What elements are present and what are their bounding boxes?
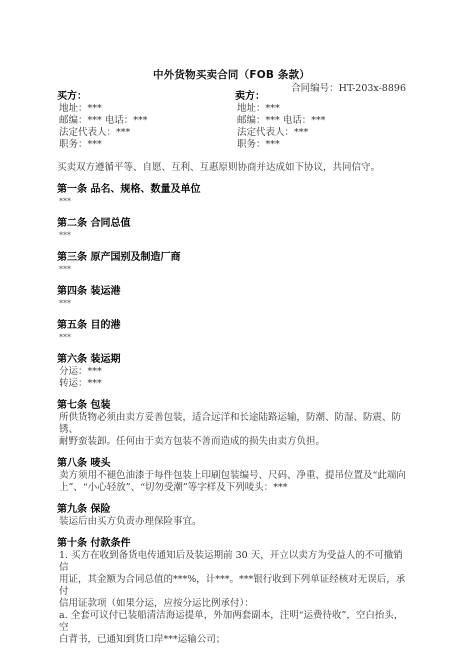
section-line: 白背书，已通知到货口岸***运输公司； <box>57 634 407 646</box>
section-line: *** <box>57 264 407 276</box>
section-heading: 第七条 包装 <box>57 399 407 412</box>
section-line: *** <box>57 332 407 344</box>
section-1: 第一条 品名、规格、数量及单位 *** <box>57 183 407 208</box>
buyer-legal-rep: 法定代表人：*** <box>57 127 237 139</box>
seller-postal-phone: 邮编：*** 电话：*** <box>235 115 415 127</box>
buyer-postal-phone: 邮编：*** 电话：*** <box>57 115 237 127</box>
seller-legal-rep: 法定代表人：*** <box>235 127 415 139</box>
section-heading: 第八条 唛头 <box>57 457 407 470</box>
section-2: 第二条 合同总值 *** <box>57 217 407 242</box>
section-heading: 第一条 品名、规格、数量及单位 <box>57 183 407 196</box>
section-10: 第十条 付款条件 1. 买方在收到备货电传通知后及装运期前 30 天，开立以卖方… <box>57 537 407 646</box>
buyer-address: 地址：*** <box>57 103 237 115</box>
buyer-heading: 买方： <box>57 91 237 103</box>
buyer-block: 买方： 地址：*** 邮编：*** 电话：*** 法定代表人：*** 职务：**… <box>57 91 237 151</box>
section-line: 上”、“小心轻放”、“切勿受潮”等字样及下列唛头：*** <box>57 482 407 494</box>
seller-position: 职务：*** <box>235 139 415 151</box>
preamble: 买卖双方遵循平等、自愿、互利、互惠原则协商并达成如下协议，共同信守。 <box>57 162 407 174</box>
section-heading: 第五条 目的港 <box>57 319 407 332</box>
section-line: *** <box>57 298 407 310</box>
section-7: 第七条 包装 所供货物必须由卖方妥善包装，适合远洋和长途陆路运输，防潮、防湿、防… <box>57 399 407 448</box>
section-heading: 第二条 合同总值 <box>57 217 407 230</box>
section-6: 第六条 装运期 分运：*** 转运：*** <box>57 353 407 390</box>
section-heading: 第九条 保险 <box>57 503 407 516</box>
section-line: 转运：*** <box>57 378 407 390</box>
section-heading: 第三条 原产国别及制造厂商 <box>57 251 407 264</box>
section-line: 分运：*** <box>57 366 407 378</box>
section-line: 1. 买方在收到备货电传通知后及装运期前 30 天，开立以卖方为受益人的不可撤销… <box>57 550 407 574</box>
section-heading: 第六条 装运期 <box>57 353 407 366</box>
section-heading: 第十条 付款条件 <box>57 537 407 550</box>
section-heading: 第四条 装运港 <box>57 285 407 298</box>
section-9: 第九条 保险 装运后由买方负责办理保险事宜。 <box>57 503 407 528</box>
section-line: 装运后由买方负责办理保险事宜。 <box>57 516 407 528</box>
section-line: *** <box>57 196 407 208</box>
contract-body: 买卖双方遵循平等、自愿、互利、互惠原则协商并达成如下协议，共同信守。 第一条 品… <box>57 162 407 655</box>
section-5: 第五条 目的港 *** <box>57 319 407 344</box>
seller-address: 地址：*** <box>235 103 415 115</box>
section-3: 第三条 原产国别及制造厂商 *** <box>57 251 407 276</box>
buyer-position: 职务：*** <box>57 139 237 151</box>
seller-block: 卖方： 地址：*** 邮编：*** 电话：*** 法定代表人：*** 职务：**… <box>235 91 415 151</box>
section-line: 卖方须用不褪色油漆于每件包装上印刷包装编号、尺码、净重、提吊位置及“此端向 <box>57 470 407 482</box>
section-line: 信用证款项（如果分运，应按分运比例承付）： <box>57 598 407 610</box>
section-line: *** <box>57 230 407 242</box>
section-line: 耐野蛮装卸。任何由于卖方包装不善而造成的损失由卖方负担。 <box>57 436 407 448</box>
section-line: 用证，其金额为合同总值的***%，计***。***银行收到下列单证经核对无误后，… <box>57 574 407 598</box>
section-8: 第八条 唛头 卖方须用不褪色油漆于每件包装上印刷包装编号、尺码、净重、提吊位置及… <box>57 457 407 494</box>
section-line: 所供货物必须由卖方妥善包装，适合远洋和长途陆路运输，防潮、防湿、防震、防锈、 <box>57 412 407 436</box>
section-line: a. 全套可议付已装船清洁海运提单，外加两套副本，注明“运费待收”，空白抬头，空 <box>57 610 407 634</box>
document-page: 中外货物买卖合同（FOB 条款） 合同编号：HT-203x-8896 买方： 地… <box>0 0 463 655</box>
seller-heading: 卖方： <box>235 91 415 103</box>
section-4: 第四条 装运港 *** <box>57 285 407 310</box>
